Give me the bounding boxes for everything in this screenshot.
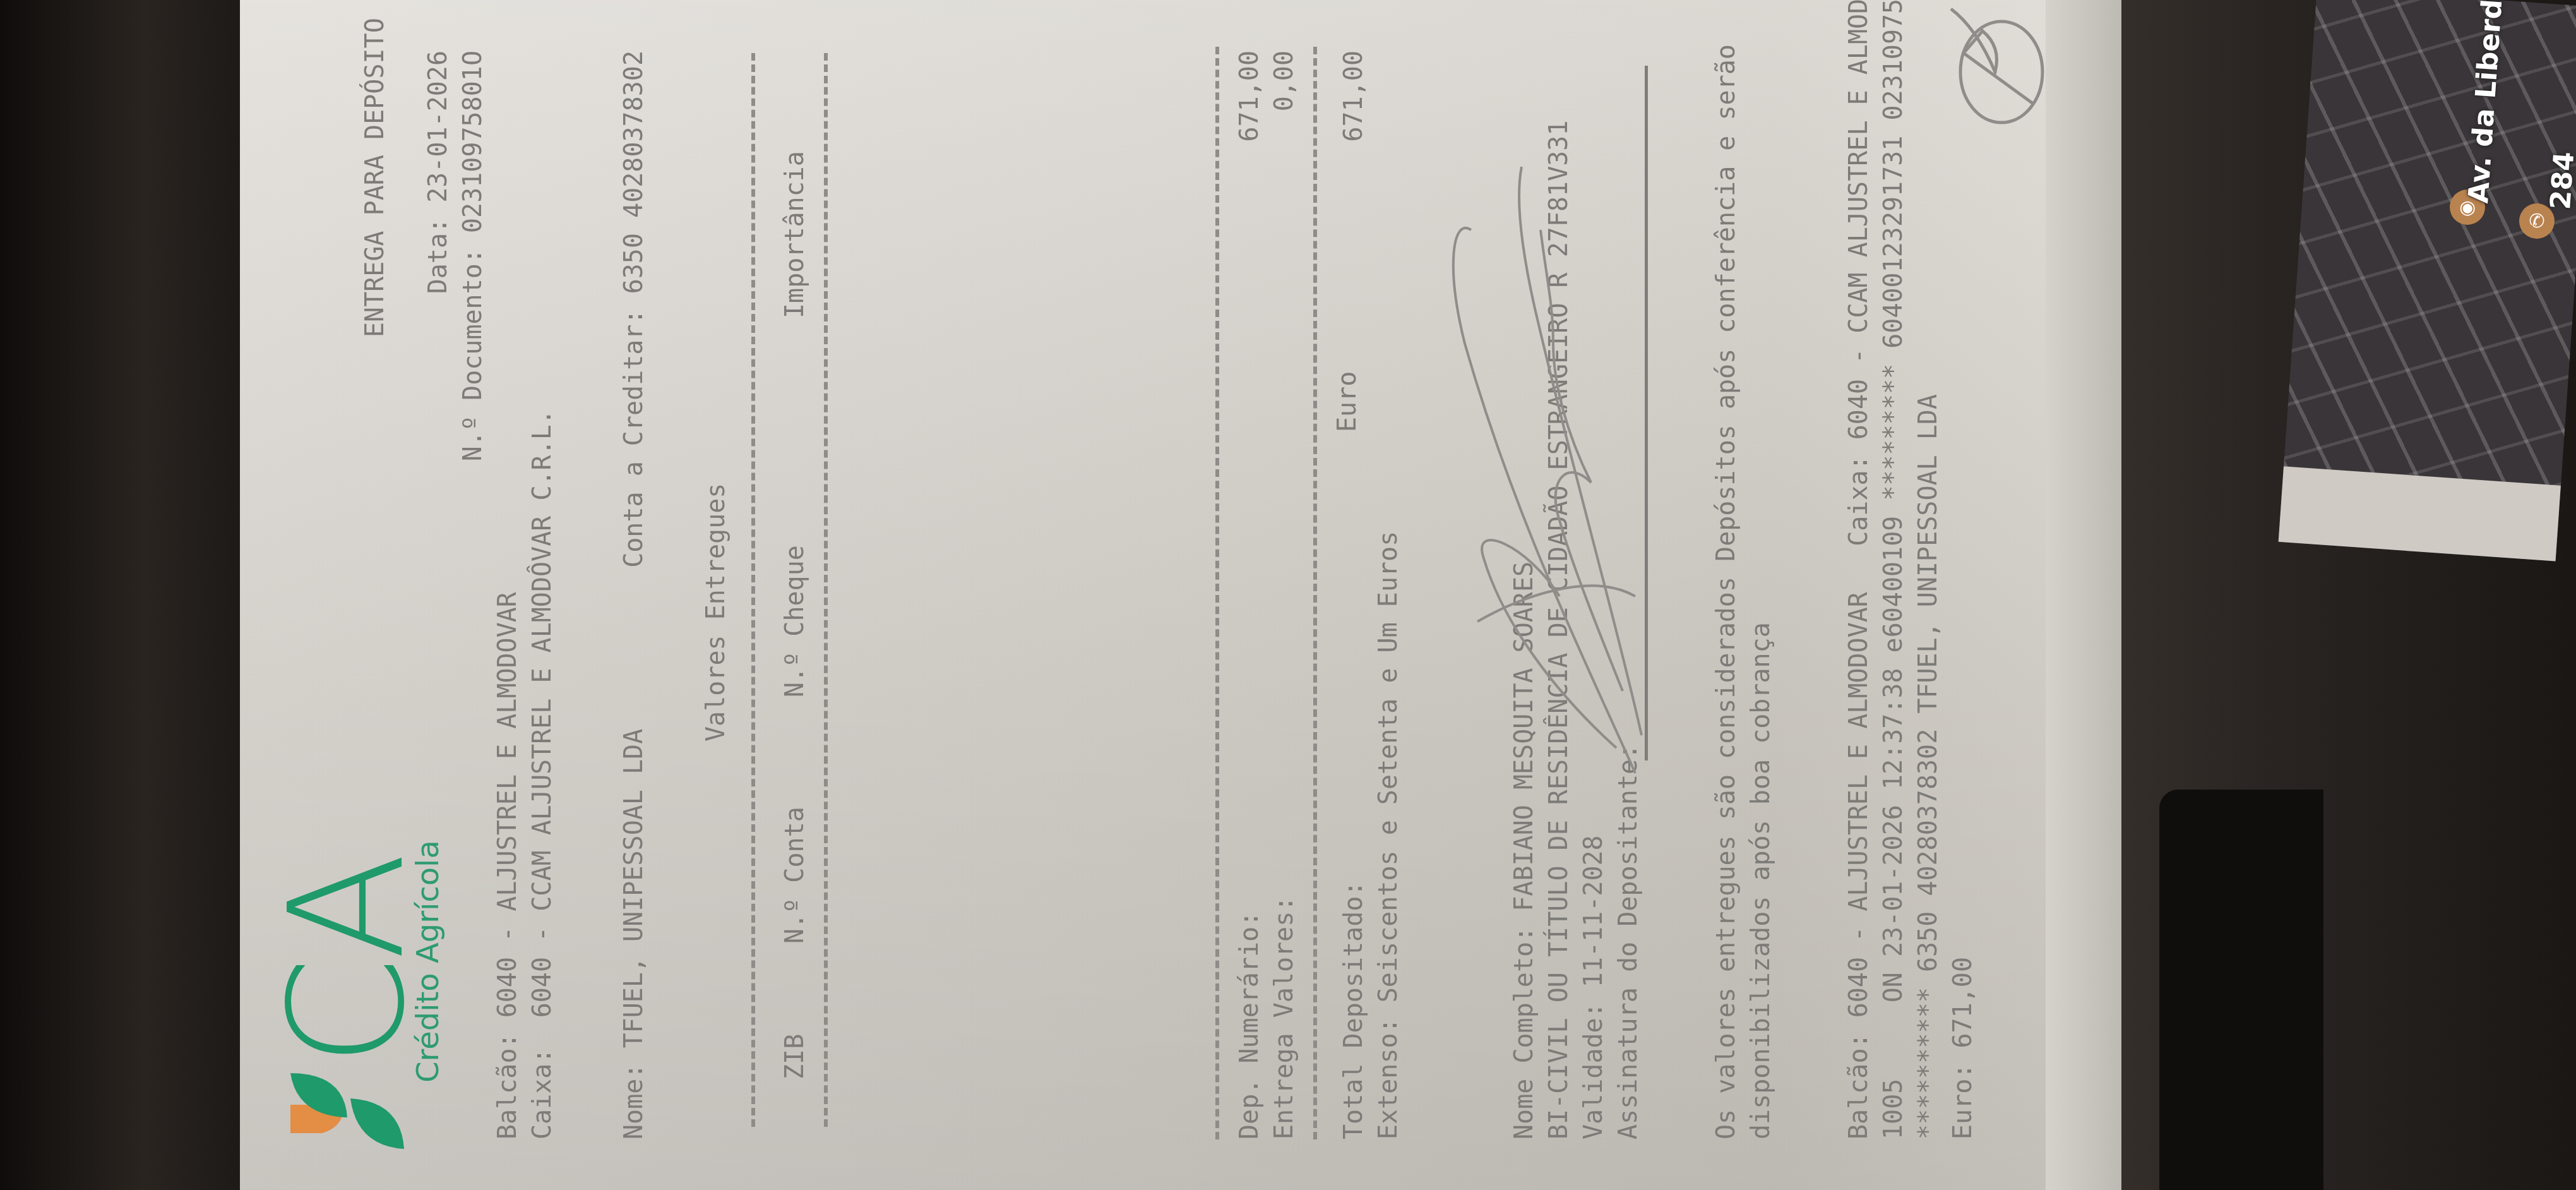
date-label: Data: — [424, 218, 453, 294]
col-header-importancia: Importância — [780, 151, 810, 318]
valores-entregues-title: Valores Entregues — [701, 483, 731, 742]
receipt-paper: CA Crédito Agrícola ENTREGA PARA DEPÓSIT… — [240, 0, 2046, 1190]
divider — [1215, 47, 1219, 1139]
entrega-valores-label: Entrega Valores: — [1269, 896, 1299, 1139]
footer-line-1: Balcão: 6040 - ALJUSTREL E ALMODOVAR Cai… — [1844, 0, 1874, 1139]
map-thumbnail — [2279, 0, 2576, 562]
id-validity: Validade: 11-11-2028 — [1578, 835, 1609, 1139]
total-deposited-value: 671,00 — [1339, 51, 1369, 240]
total-currency: Euro — [1332, 371, 1363, 432]
notice-line-2: disponibilizados após boa cobrança — [1746, 622, 1776, 1139]
amount-in-words: Extenso: Seiscentos e Setenta e Um Euros — [1373, 531, 1404, 1139]
col-header-cheque: N.º Cheque — [780, 545, 810, 697]
balcao-line: Balcão: 6040 - ALJUSTREL E ALMODOVAR — [492, 592, 523, 1139]
footer-line-2: 1005 ON 23-01-2026 12:37:38 e60400109 **… — [1878, 0, 1909, 1139]
col-header-zib: ZIB — [780, 1034, 810, 1079]
dep-numerario-label: Dep. Numerário: — [1234, 911, 1265, 1139]
receipt-title: ENTREGA PARA DEPÓSITO — [360, 18, 390, 337]
device-edge — [2159, 790, 2323, 1190]
brand-name: Crédito Agrícola — [410, 840, 447, 1083]
handwritten-signature — [1427, 154, 1654, 786]
date-row: Data: 23-01-2026 — [423, 51, 453, 556]
document-number-row: N.º Documento: 02310975801O — [458, 51, 488, 682]
account-to-credit: Conta a Creditar: 6350 40280378302 — [619, 51, 649, 619]
divider — [751, 53, 755, 1127]
notice-line-1: Os valores entregues são considerados De… — [1711, 44, 1741, 1139]
deposit-receipt: CA Crédito Agrícola ENTREGA PARA DEPÓSIT… — [240, 0, 2046, 1190]
paper-underlay — [2033, 0, 2121, 1190]
date-value: 23-01-2026 — [424, 51, 453, 203]
dark-background-left — [0, 0, 240, 1190]
initials-stamp — [1945, 3, 2052, 141]
doc-number-value: 02310975801O — [458, 51, 487, 233]
footer-line-4: Euro: 671,00 — [1948, 957, 1978, 1139]
ca-leaf-logo-icon — [284, 1070, 410, 1152]
signature-label: Assinatura do Depositante: — [1613, 744, 1643, 1139]
divider — [1313, 47, 1317, 1139]
divider — [824, 53, 828, 1127]
entrega-valores-value: 0,00 — [1269, 51, 1299, 240]
doc-number-label: N.º Documento: — [458, 248, 487, 461]
col-header-conta: N.º Conta — [780, 807, 810, 944]
caixa-line: Caixa: 6040 - CCAM ALJUSTREL E ALMODÔVAR… — [527, 409, 558, 1139]
account-holder-name: Nome: TFUEL, UNIPESSOAL LDA — [619, 729, 649, 1139]
map-address-secondary: 284 — [2544, 150, 2576, 210]
footer-line-3: ********** 6350 40280378302 TFUEL, UNIPE… — [1913, 394, 1943, 1139]
dep-numerario-value: 671,00 — [1234, 51, 1265, 240]
total-deposited-label: Total Depositado: — [1339, 881, 1369, 1139]
